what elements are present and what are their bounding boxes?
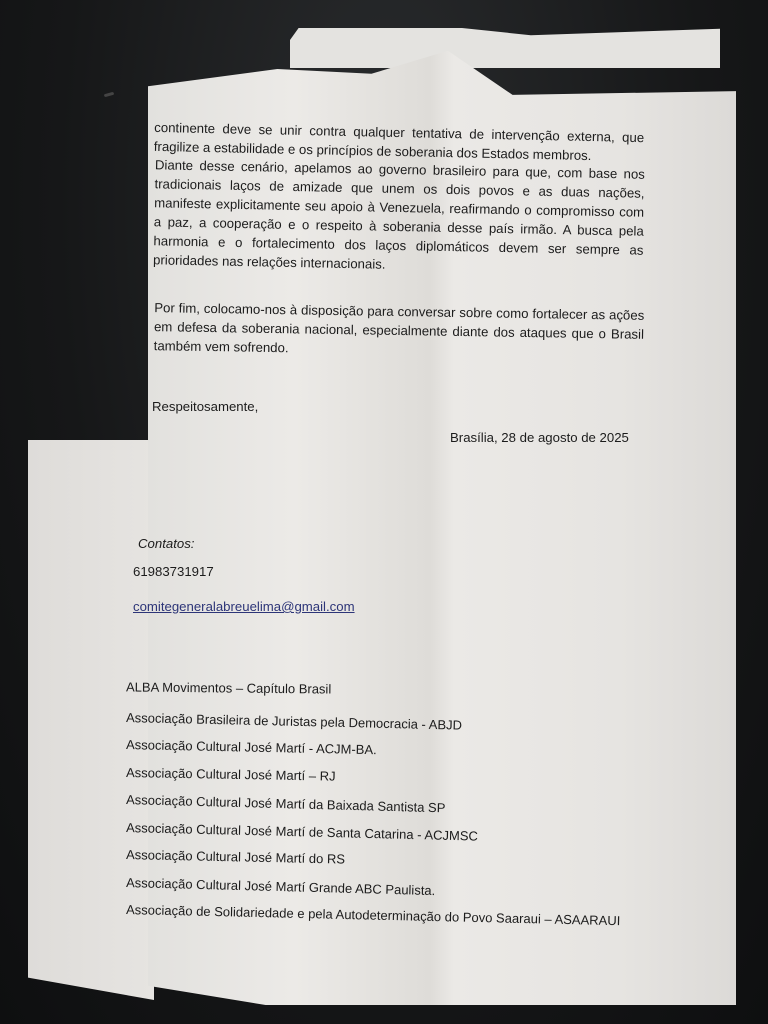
place-date: Brasília, 28 de agosto de 2025 (450, 428, 629, 447)
paper-back-sheet (290, 28, 720, 68)
contacts-label: Contatos: (138, 534, 194, 553)
contact-email-link[interactable]: comitegeneralabreuelima@gmail.com (133, 597, 355, 616)
contact-phone: 61983731917 (133, 562, 214, 581)
signatory-item: ALBA Movimentos – Capítulo Brasil (126, 677, 621, 710)
closing-salutation: Respeitosamente, (152, 397, 258, 416)
signatories-list: ALBA Movimentos – Capítulo Brasil Associ… (126, 680, 620, 928)
paragraph-closing: Por fim, colocamo-nos à disposição para … (154, 298, 645, 363)
paragraph-appeal: Diante desse cenário, apelamos ao govern… (153, 155, 645, 278)
pen-mark (104, 92, 114, 97)
